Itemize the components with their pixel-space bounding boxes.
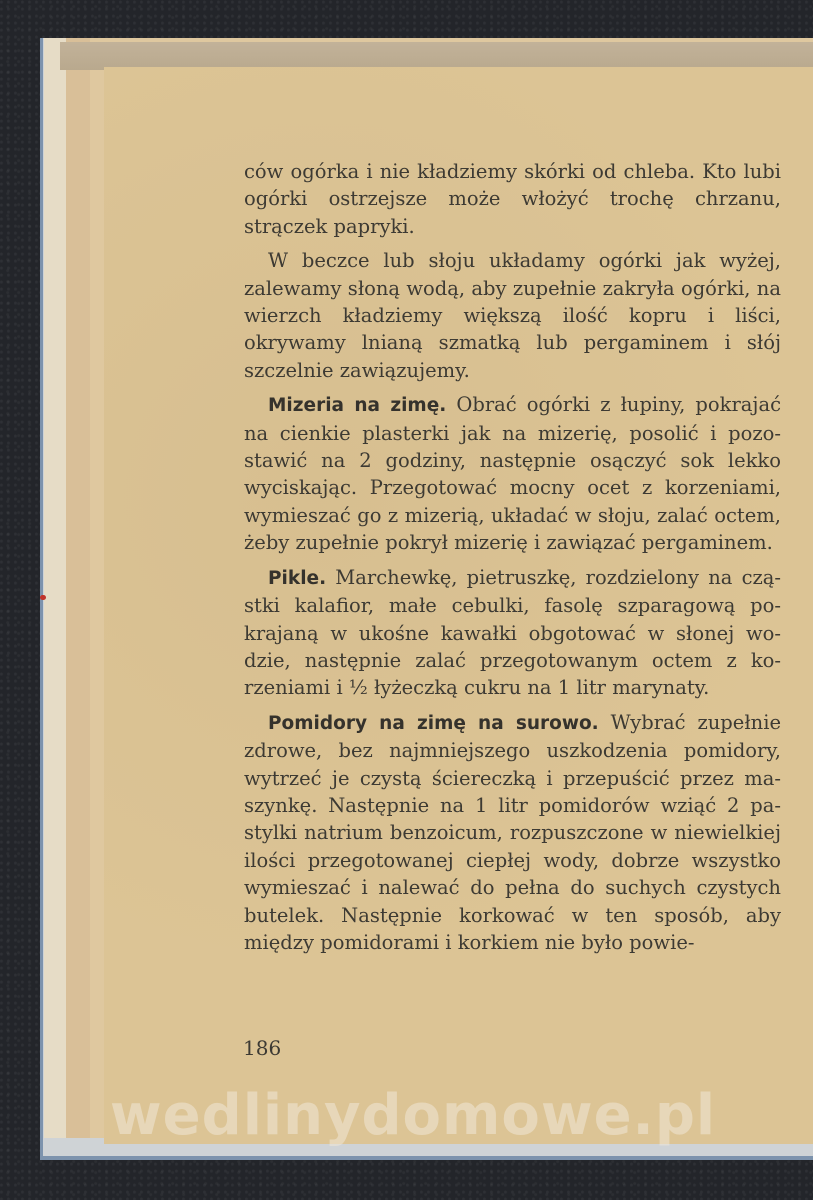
recipe-heading: Pomidory na zimę na surowo. [268, 713, 599, 734]
recipe-pomidory: Pomidory na zimę na surowo. Wybrać zupeł… [244, 709, 781, 957]
paragraph-body: ców ogórka i nie kładziemy skórki od chl… [244, 160, 781, 238]
recipe-pikle: Pikle. Marchewkę, pietruszkę, rozdzielon… [244, 564, 781, 702]
page-number: 186 [243, 1036, 281, 1060]
recipe-body: Wybrać zupełnie zdrowe, bez najmniejszeg… [244, 711, 781, 954]
recipe-body: Obrać ogórki z łupiny, pokrajać na cienk… [244, 393, 781, 554]
paragraph-body: W beczce lub słoju układamy ogórki jak w… [244, 249, 781, 382]
paragraph-barrel: W beczce lub słoju układamy ogórki jak w… [244, 247, 781, 384]
paragraph-continuation: ców ogórka i nie kładziemy skórki od chl… [244, 158, 781, 240]
recipe-heading: Mizeria na zimę. [268, 395, 446, 416]
cover-fold [60, 42, 813, 70]
watermark: wedlinydomowe.pl [88, 1083, 738, 1148]
recipe-mizeria: Mizeria na zimę. Obrać ogórki z łupiny, … [244, 391, 781, 556]
page-text: ców ogórka i nie kładziemy skórki od chl… [244, 158, 781, 963]
recipe-heading: Pikle. [268, 568, 326, 589]
red-mark [40, 595, 46, 600]
